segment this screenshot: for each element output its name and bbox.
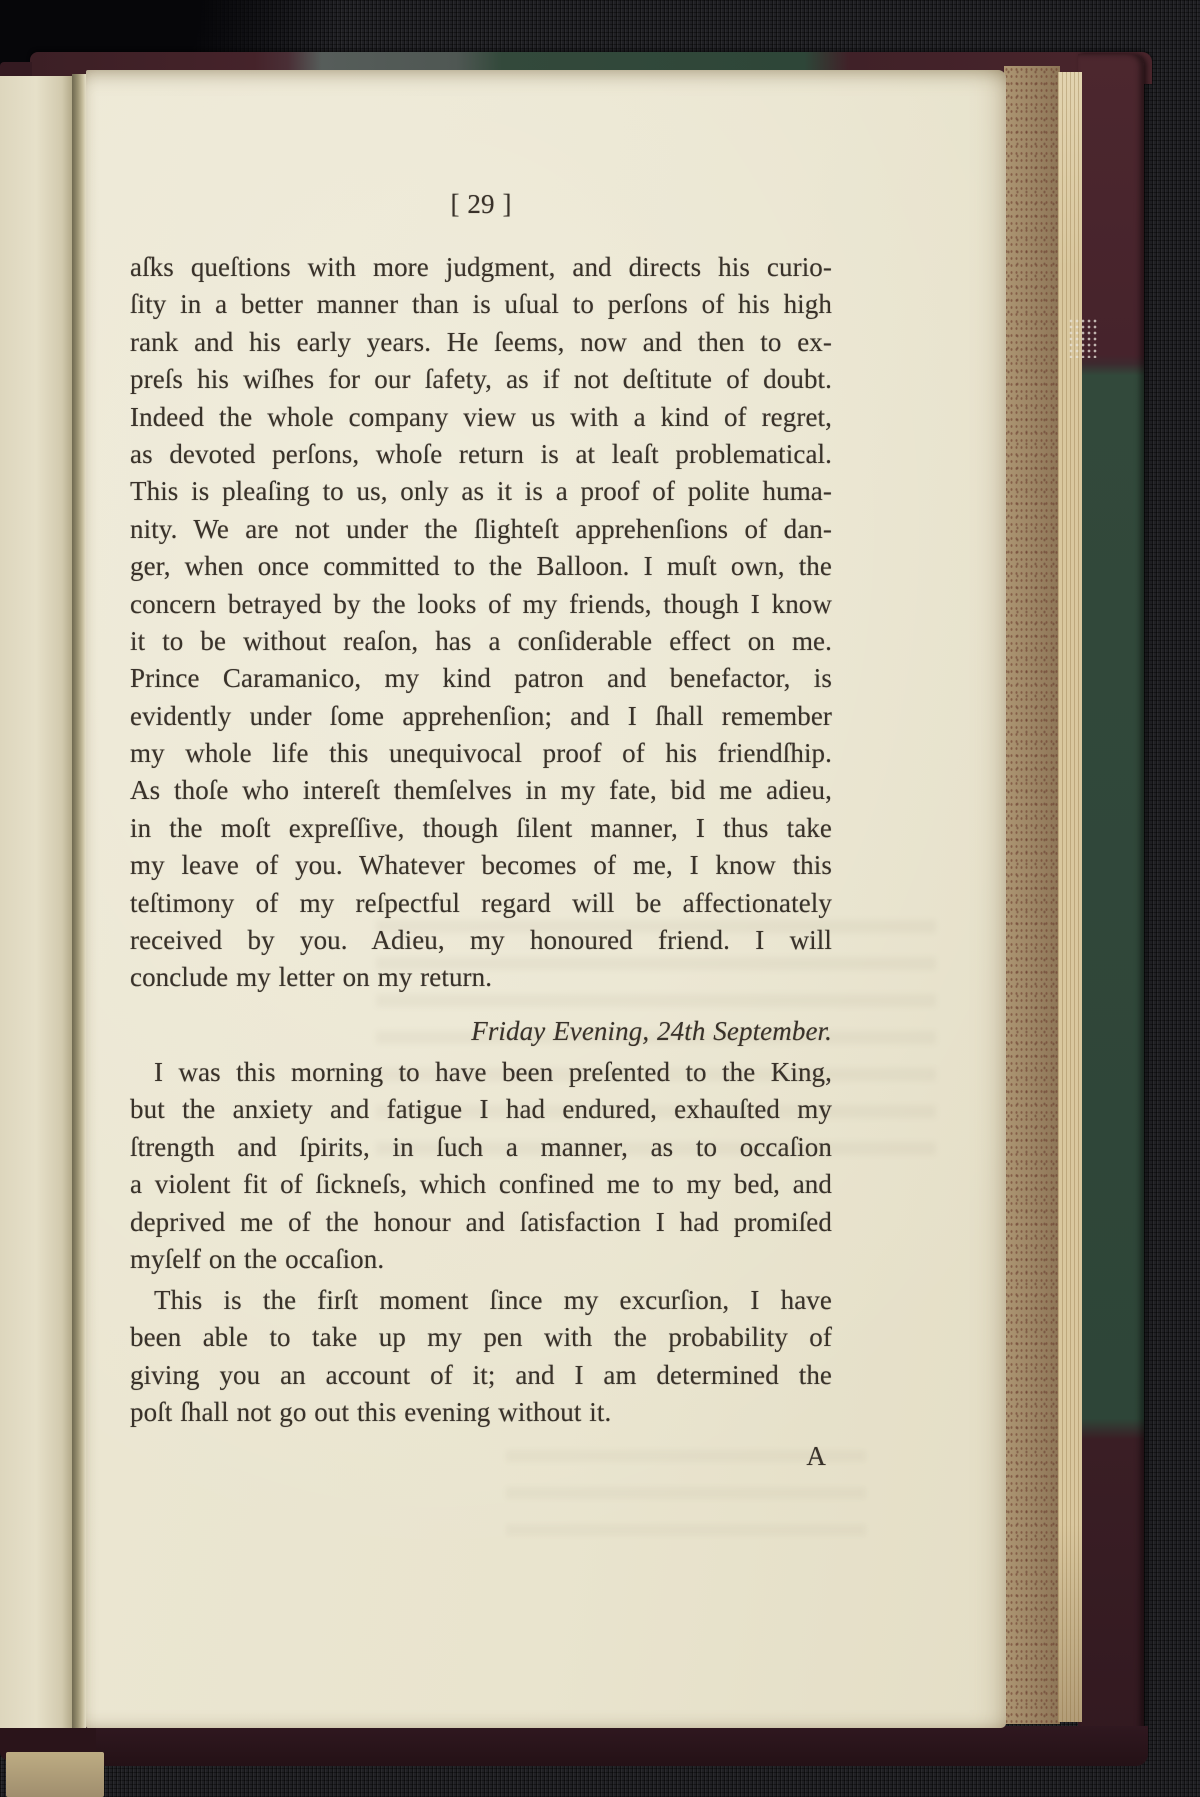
- letter-paragraph-1: aſks queſtions with more judgment, and d…: [130, 249, 832, 997]
- text-line: evidently under ſome apprehenſion; and I…: [130, 698, 832, 735]
- text-line: This is the firſt moment ſince my excurſ…: [130, 1282, 832, 1319]
- book-cover-fore-edge: [1078, 54, 1144, 1764]
- text-line: nity. We are not under the ſlighteſt app…: [130, 511, 832, 548]
- cover-scuff-mark: [1068, 318, 1098, 358]
- text-line: but the anxiety and fatigue I had endure…: [130, 1091, 832, 1128]
- text-line: been able to take up my pen with the pro…: [130, 1319, 832, 1356]
- text-line: as devoted perſons, whoſe return is at l…: [130, 436, 832, 473]
- book-cover-bottom-edge: [20, 1726, 1148, 1766]
- text-line: aſks queſtions with more judgment, and d…: [130, 249, 832, 286]
- text-line: preſs his wiſhes for our ſafety, as if n…: [130, 361, 832, 398]
- text-line: ſtrength and ſpirits, in ſuch a manner, …: [130, 1129, 832, 1166]
- text-line: This is pleaſing to us, only as it is a …: [130, 473, 832, 510]
- fore-edge-pages-speckled: [1004, 66, 1060, 1724]
- text-line: received by you. Adieu, my honoured frie…: [130, 922, 832, 959]
- support-wedge: [6, 1752, 104, 1797]
- text-line: a violent fit of ſickneſs, which confine…: [130, 1166, 832, 1203]
- text-line: ger, when once committed to the Balloon.…: [130, 548, 832, 585]
- text-line: As thoſe who intereſt themſelves in my f…: [130, 772, 832, 809]
- letter-dateline: Friday Evening, 24th September.: [130, 1013, 832, 1050]
- book-page: [ 29 ] aſks queſtions with more judgment…: [86, 70, 1006, 1728]
- letter-paragraph-2: I was this morning to have been preſente…: [130, 1054, 832, 1278]
- text-line: my whole life this unequivocal proof of …: [130, 735, 832, 772]
- gutter-shadow: [72, 74, 86, 1728]
- book-photo-scene: [ 29 ] aſks queſtions with more judgment…: [0, 0, 1200, 1797]
- text-line: ſity in a better manner than is uſual to…: [130, 286, 832, 323]
- signature-mark: A: [130, 1438, 832, 1475]
- text-line: poſt ſhall not go out this evening witho…: [130, 1394, 832, 1431]
- text-line: it to be without reaſon, has a conſidera…: [130, 623, 832, 660]
- text-line: conclude my letter on my return.: [130, 959, 832, 996]
- facing-page: [0, 76, 72, 1728]
- text-line: rank and his early years. He ſeems, now …: [130, 324, 832, 361]
- text-line: giving you an account of it; and I am de…: [130, 1357, 832, 1394]
- text-line: my leave of you. Whatever becomes of me,…: [130, 847, 832, 884]
- text-line: concern betrayed by the looks of my frie…: [130, 586, 832, 623]
- text-line: deprived me of the honour and ſatisfacti…: [130, 1204, 832, 1241]
- text-line: in the moſt expreſſive, though ſilent ma…: [130, 810, 832, 847]
- text-line: teſtimony of my reſpectful regard will b…: [130, 885, 832, 922]
- text-line: Indeed the whole company view us with a …: [130, 399, 832, 436]
- page-number: [ 29 ]: [130, 186, 832, 223]
- text-line: I was this morning to have been preſente…: [130, 1054, 832, 1091]
- letter-paragraph-3: This is the firſt moment ſince my excurſ…: [130, 1282, 832, 1432]
- text-line: Prince Caramanico, my kind patron and be…: [130, 660, 832, 697]
- text-line: myſelf on the occaſion.: [130, 1241, 832, 1278]
